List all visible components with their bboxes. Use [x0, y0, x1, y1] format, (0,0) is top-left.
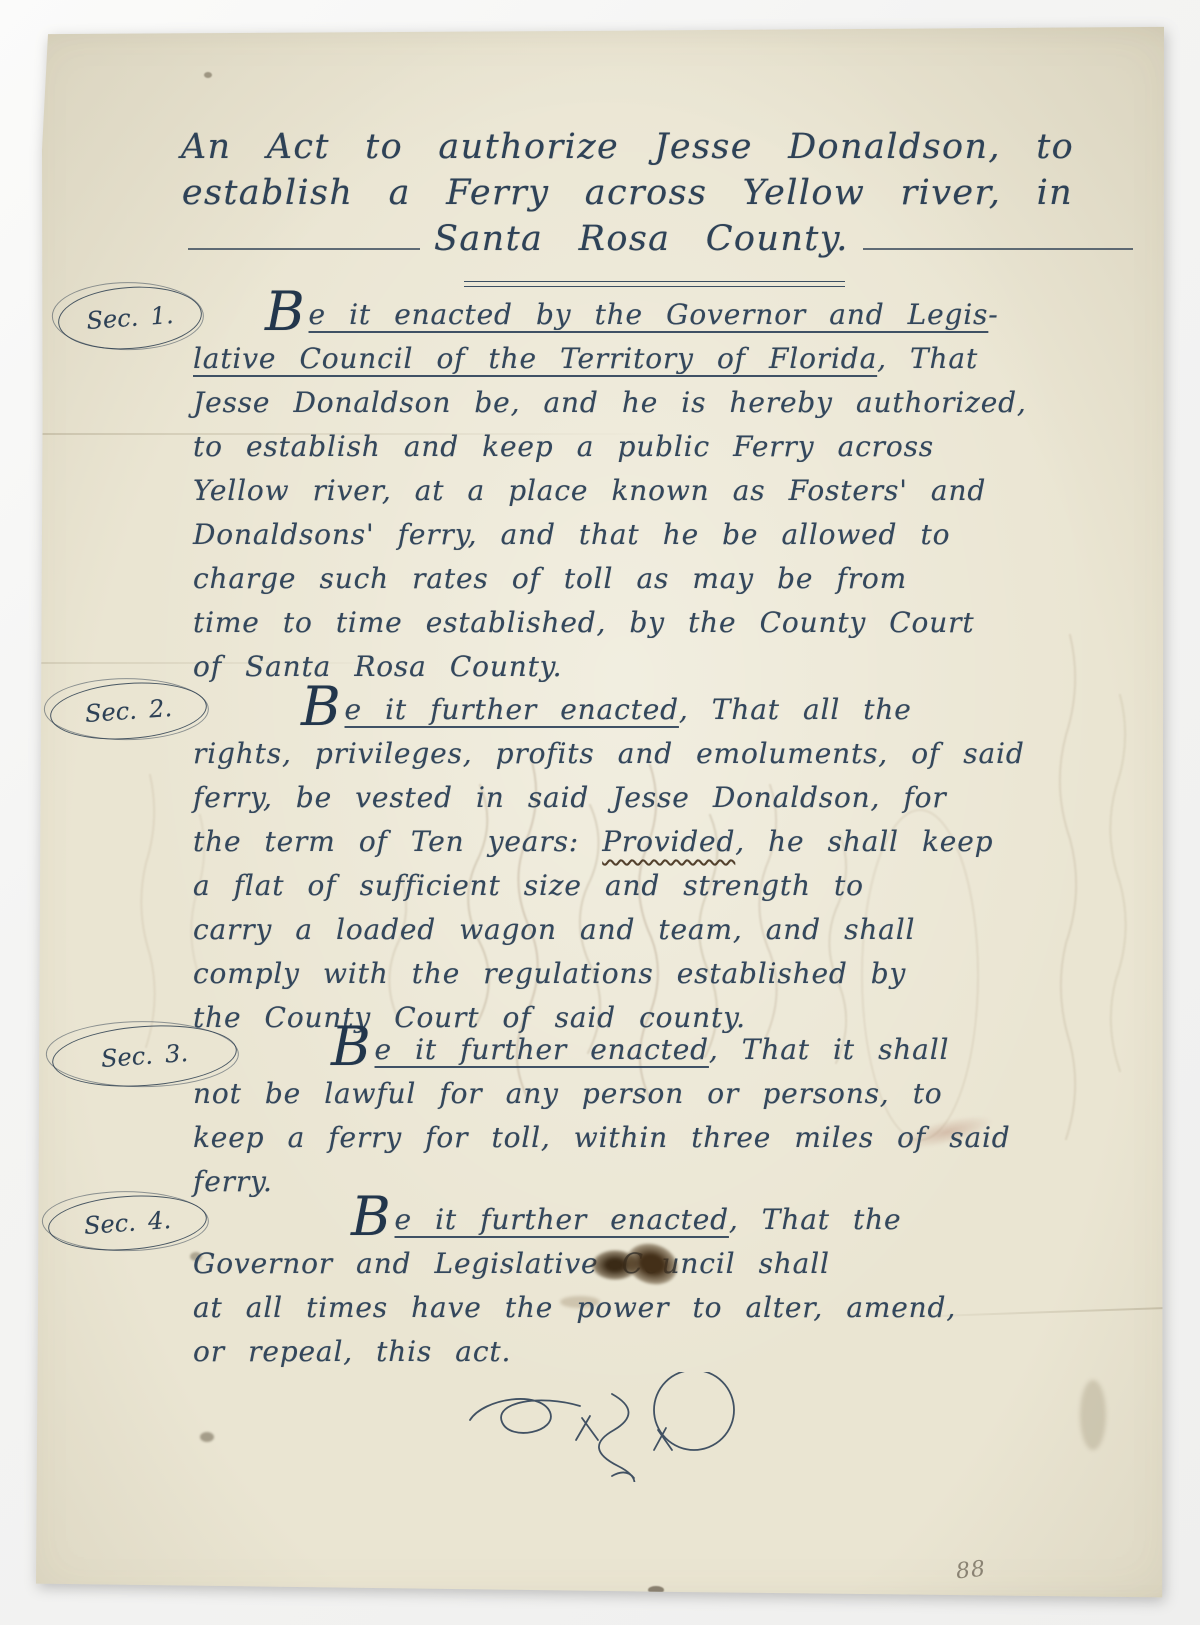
stain [200, 1432, 214, 1442]
provided-term: Provided [602, 825, 735, 858]
section-3-label: Sec. 3. [100, 1039, 189, 1073]
section-2-text: Be it further enacted, That all the righ… [193, 688, 1153, 1040]
body-line: not be lawful for any person or persons,… [193, 1072, 1153, 1116]
line-text: - [988, 298, 998, 331]
body-line-provided: the term of Ten years: Provided, he shal… [193, 820, 1153, 864]
document-title-line-3: Santa Rosa County. [140, 216, 1115, 262]
enacting-clause: lative Council of the Territory of Flori… [193, 342, 877, 375]
body-line: carry a loaded wagon and team, and shall [193, 908, 1153, 952]
body-line: to establish and keep a public Ferry acr… [193, 425, 1153, 469]
line-text: , That [877, 342, 978, 375]
line-text: , That it shall [709, 1033, 949, 1066]
line-text: the term of Ten years: [193, 825, 602, 858]
section-4-opening-line: Be it further enacted, That the [193, 1198, 1153, 1242]
section-2-opening-line: Be it further enacted, That all the [193, 688, 1153, 732]
body-line: keep a ferry for toll, within three mile… [193, 1116, 1153, 1160]
body-line: or repeal, this act. [193, 1330, 1153, 1374]
title-rule-right [863, 248, 1133, 250]
title-rule-left [188, 248, 420, 250]
section-1-opening-line: Be it enacted by the Governor and Legis- [193, 293, 1153, 337]
body-line: time to time established, by the County … [193, 601, 1153, 645]
section-4-label: Sec. 4. [83, 1206, 172, 1240]
document-title: An Act to authorize Jesse Donaldson, to … [140, 124, 1115, 262]
line-text: , That all the [679, 693, 912, 726]
body-line: comply with the regulations established … [193, 952, 1153, 996]
body-line: ferry, be vested in said Jesse Donaldson… [193, 776, 1153, 820]
enacting-clause: e it further enacted [345, 693, 679, 726]
title-county-text: Santa Rosa County. [420, 216, 863, 262]
stain [204, 72, 212, 78]
signature-flourish [462, 1372, 762, 1482]
section-1-label-oval: Sec. 1. [56, 282, 204, 354]
document-title-line-2: establish a Ferry across Yellow river, i… [140, 170, 1115, 216]
line-text: , That the [729, 1203, 902, 1236]
body-line: Jesse Donaldson be, and he is hereby aut… [193, 381, 1153, 425]
document-title-line-1: An Act to authorize Jesse Donaldson, to [140, 124, 1115, 170]
stain [648, 1586, 664, 1594]
title-divider-rule [464, 281, 845, 287]
line-text: , he shall keep [735, 825, 993, 858]
body-line: Yellow river, at a place known as Foster… [193, 469, 1153, 513]
section-3-opening-line: Be it further enacted, That it shall [193, 1028, 1153, 1072]
ink-blot [592, 1244, 678, 1292]
body-line: rights, privileges, profits and emolumen… [193, 732, 1153, 776]
section-2-label: Sec. 2. [84, 694, 173, 728]
enacting-clause: e it further enacted [395, 1203, 729, 1236]
body-line: at all times have the power to alter, am… [193, 1286, 1153, 1330]
body-line: lative Council of the Territory of Flori… [193, 337, 1153, 381]
page-number-pencil: 88 [955, 1557, 987, 1585]
stain [1080, 1380, 1106, 1450]
body-line: Donaldsons' ferry, and that he be allowe… [193, 513, 1153, 557]
scanned-document-view: An Act to authorize Jesse Donaldson, to … [0, 0, 1200, 1625]
body-line: charge such rates of toll as may be from [193, 557, 1153, 601]
section-3-text: Be it further enacted, That it shall not… [193, 1028, 1153, 1204]
body-line: a flat of sufficient size and strength t… [193, 864, 1153, 908]
enacting-clause: e it further enacted [375, 1033, 709, 1066]
section-1-label: Sec. 1. [86, 301, 175, 335]
document-page: An Act to authorize Jesse Donaldson, to … [0, 0, 1200, 1625]
paper-shadow: An Act to authorize Jesse Donaldson, to … [0, 0, 1200, 1625]
enacting-clause: e it enacted by the Governor and Legis [309, 298, 989, 331]
section-1-text: Be it enacted by the Governor and Legis-… [193, 293, 1153, 689]
